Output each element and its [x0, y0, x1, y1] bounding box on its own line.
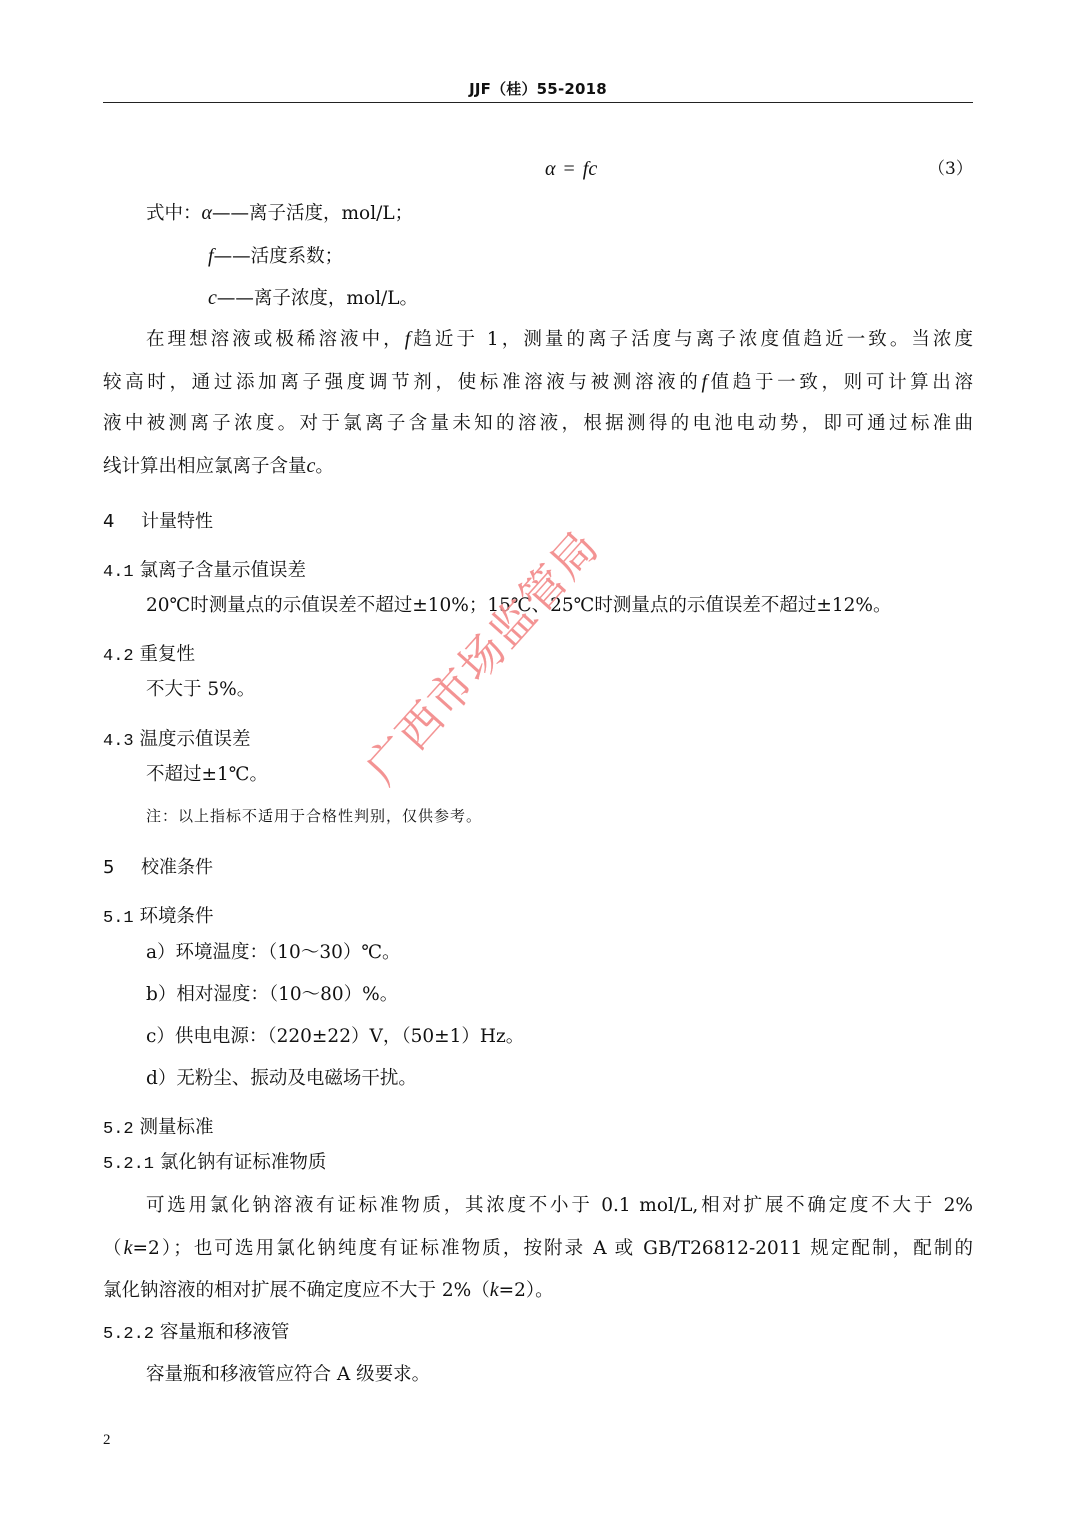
paragraph-line: 氯化钠溶液的相对扩展不确定度应不大于 2%（k=2）。	[103, 1277, 554, 1304]
subsection-number: 5.2	[103, 1120, 134, 1139]
subsection-number: 4.2	[103, 647, 134, 666]
watermark: 广西市场监管局	[348, 513, 611, 795]
document-header: JJF（桂）55-2018	[103, 78, 973, 104]
text-run: 线计算出相应氯离子含量	[103, 456, 307, 477]
subsection-title: 重复性	[140, 644, 196, 665]
where-line-f: f——活度系数；	[208, 243, 343, 270]
header-rule	[103, 102, 973, 103]
variable: k	[124, 1237, 133, 1259]
text-run: 在理想溶液或极稀溶液中，	[146, 329, 405, 350]
text-run: 趋近于 1，测量的离子活度与离子浓度值趋近一致。当浓度	[410, 329, 973, 350]
where-symbol: α	[202, 202, 213, 224]
formula-number: （3）	[928, 156, 973, 182]
formula-rhs: fc	[583, 158, 597, 180]
subsection-title: 氯化钠有证标准物质	[160, 1152, 327, 1173]
text-run: 。	[315, 456, 334, 477]
section-title: 计量特性	[141, 511, 213, 532]
subsection-title: 容量瓶和移液管	[160, 1322, 290, 1343]
subsection-text: 20℃时测量点的示值误差不超过±10%；15℃、25℃时测量点的示值误差不超过±…	[146, 593, 891, 619]
text-run: =2）；也可选用氯化钠纯度有证标准物质，按附录 A 或 GB/T26812-20…	[133, 1238, 973, 1259]
subsection-number: 4.3	[103, 732, 134, 751]
where-line-c: c——离子浓度，mol/L。	[208, 285, 418, 312]
where-symbol: c	[208, 287, 217, 309]
paragraph-line: 液中被测离子浓度。对于氯离子含量未知的溶液，根据测得的电池电动势，即可通过标准曲	[103, 411, 973, 437]
text-run: 值趋于一致，则可计算出溶	[707, 372, 973, 393]
where-line-alpha: 式中：α——离子活度，mol/L；	[146, 200, 413, 227]
subsection-title: 氯离子含量示值误差	[140, 560, 307, 581]
section-number: 4	[103, 509, 141, 535]
subsection-number: 5.2.2	[103, 1325, 154, 1344]
subsection-heading-4-3: 4.3 温度示值误差	[103, 727, 251, 755]
subsection-heading-5-2-2: 5.2.2 容量瓶和移液管	[103, 1320, 289, 1348]
subsection-text: 不大于 5%。	[146, 677, 255, 703]
variable: k	[490, 1279, 499, 1301]
subsection-heading-5-2: 5.2 测量标准	[103, 1115, 214, 1143]
subsection-heading-5-1: 5.1 环境条件	[103, 904, 214, 932]
subsection-number: 5.2.1	[103, 1155, 154, 1174]
paragraph-line: 较高时，通过添加离子强度调节剂，使标准溶液与被测溶液的f值趋于一致，则可计算出溶	[103, 369, 973, 396]
paragraph-line: 线计算出相应氯离子含量c。	[103, 453, 334, 480]
text-run: =2）。	[499, 1280, 554, 1301]
subsection-title: 环境条件	[140, 906, 214, 927]
section-title: 校准条件	[141, 857, 213, 878]
list-item: a）环境温度：（10～30）℃。	[146, 940, 401, 966]
where-desc: ——离子活度，mol/L；	[212, 203, 413, 224]
text-run: 液中被测离子浓度。对于氯离子含量未知的溶液，根据测得的电池电动势，即可通过标准曲	[103, 413, 973, 434]
paragraph-line: 可选用氯化钠溶液有证标准物质，其浓度不小于 0.1 mol/L,相对扩展不确定度…	[146, 1193, 973, 1219]
text-run: 较高时，通过添加离子强度调节剂，使标准溶液与被测溶液的	[103, 372, 701, 393]
subsection-title: 测量标准	[140, 1117, 214, 1138]
document-code: JJF（桂）55-2018	[469, 80, 607, 98]
text-run: （	[103, 1238, 124, 1259]
subsection-heading-5-2-1: 5.2.1 氯化钠有证标准物质	[103, 1150, 326, 1178]
list-item: d）无粉尘、振动及电磁场干扰。	[146, 1066, 417, 1092]
section-heading-4: 4计量特性	[103, 509, 213, 535]
formula-lhs: α	[545, 158, 556, 180]
subsection-heading-4-1: 4.1 氯离子含量示值误差	[103, 558, 306, 586]
text-run: 可选用氯化钠溶液有证标准物质，其浓度不小于 0.1 mol/L,相对扩展不确定度…	[146, 1195, 973, 1216]
subsection-number: 4.1	[103, 563, 134, 582]
section-heading-5: 5校准条件	[103, 855, 213, 881]
document-page: JJF（桂）55-2018 α=fc （3） 式中：α——离子活度，mol/L；…	[0, 0, 1074, 1520]
section-number: 5	[103, 855, 141, 881]
text-run: 氯化钠溶液的相对扩展不确定度应不大于 2%（	[103, 1280, 490, 1301]
paragraph-line: （k=2）；也可选用氯化钠纯度有证标准物质，按附录 A 或 GB/T26812-…	[103, 1235, 973, 1262]
where-lead: 式中：	[146, 203, 202, 224]
formula-eq: =	[556, 158, 583, 180]
subsection-title: 温度示值误差	[140, 729, 251, 750]
list-item: b）相对湿度：（10～80）%。	[146, 982, 398, 1008]
page-number: 2	[103, 1432, 111, 1449]
formula: α=fc	[545, 156, 597, 182]
where-desc: ——离子浓度，mol/L。	[217, 288, 418, 309]
note: 注：以上指标不适用于合格性判别，仅供参考。	[146, 803, 482, 829]
subsection-text: 容量瓶和移液管应符合 A 级要求。	[146, 1362, 430, 1388]
subsection-number: 5.1	[103, 909, 134, 928]
subsection-text: 不超过±1℃。	[146, 762, 268, 788]
paragraph-line: 在理想溶液或极稀溶液中，f趋近于 1，测量的离子活度与离子浓度值趋近一致。当浓度	[146, 326, 973, 353]
where-desc: ——活度系数；	[214, 246, 344, 267]
subsection-heading-4-2: 4.2 重复性	[103, 642, 195, 670]
list-item: c）供电电源：（220±22）V，（50±1）Hz。	[146, 1024, 524, 1050]
